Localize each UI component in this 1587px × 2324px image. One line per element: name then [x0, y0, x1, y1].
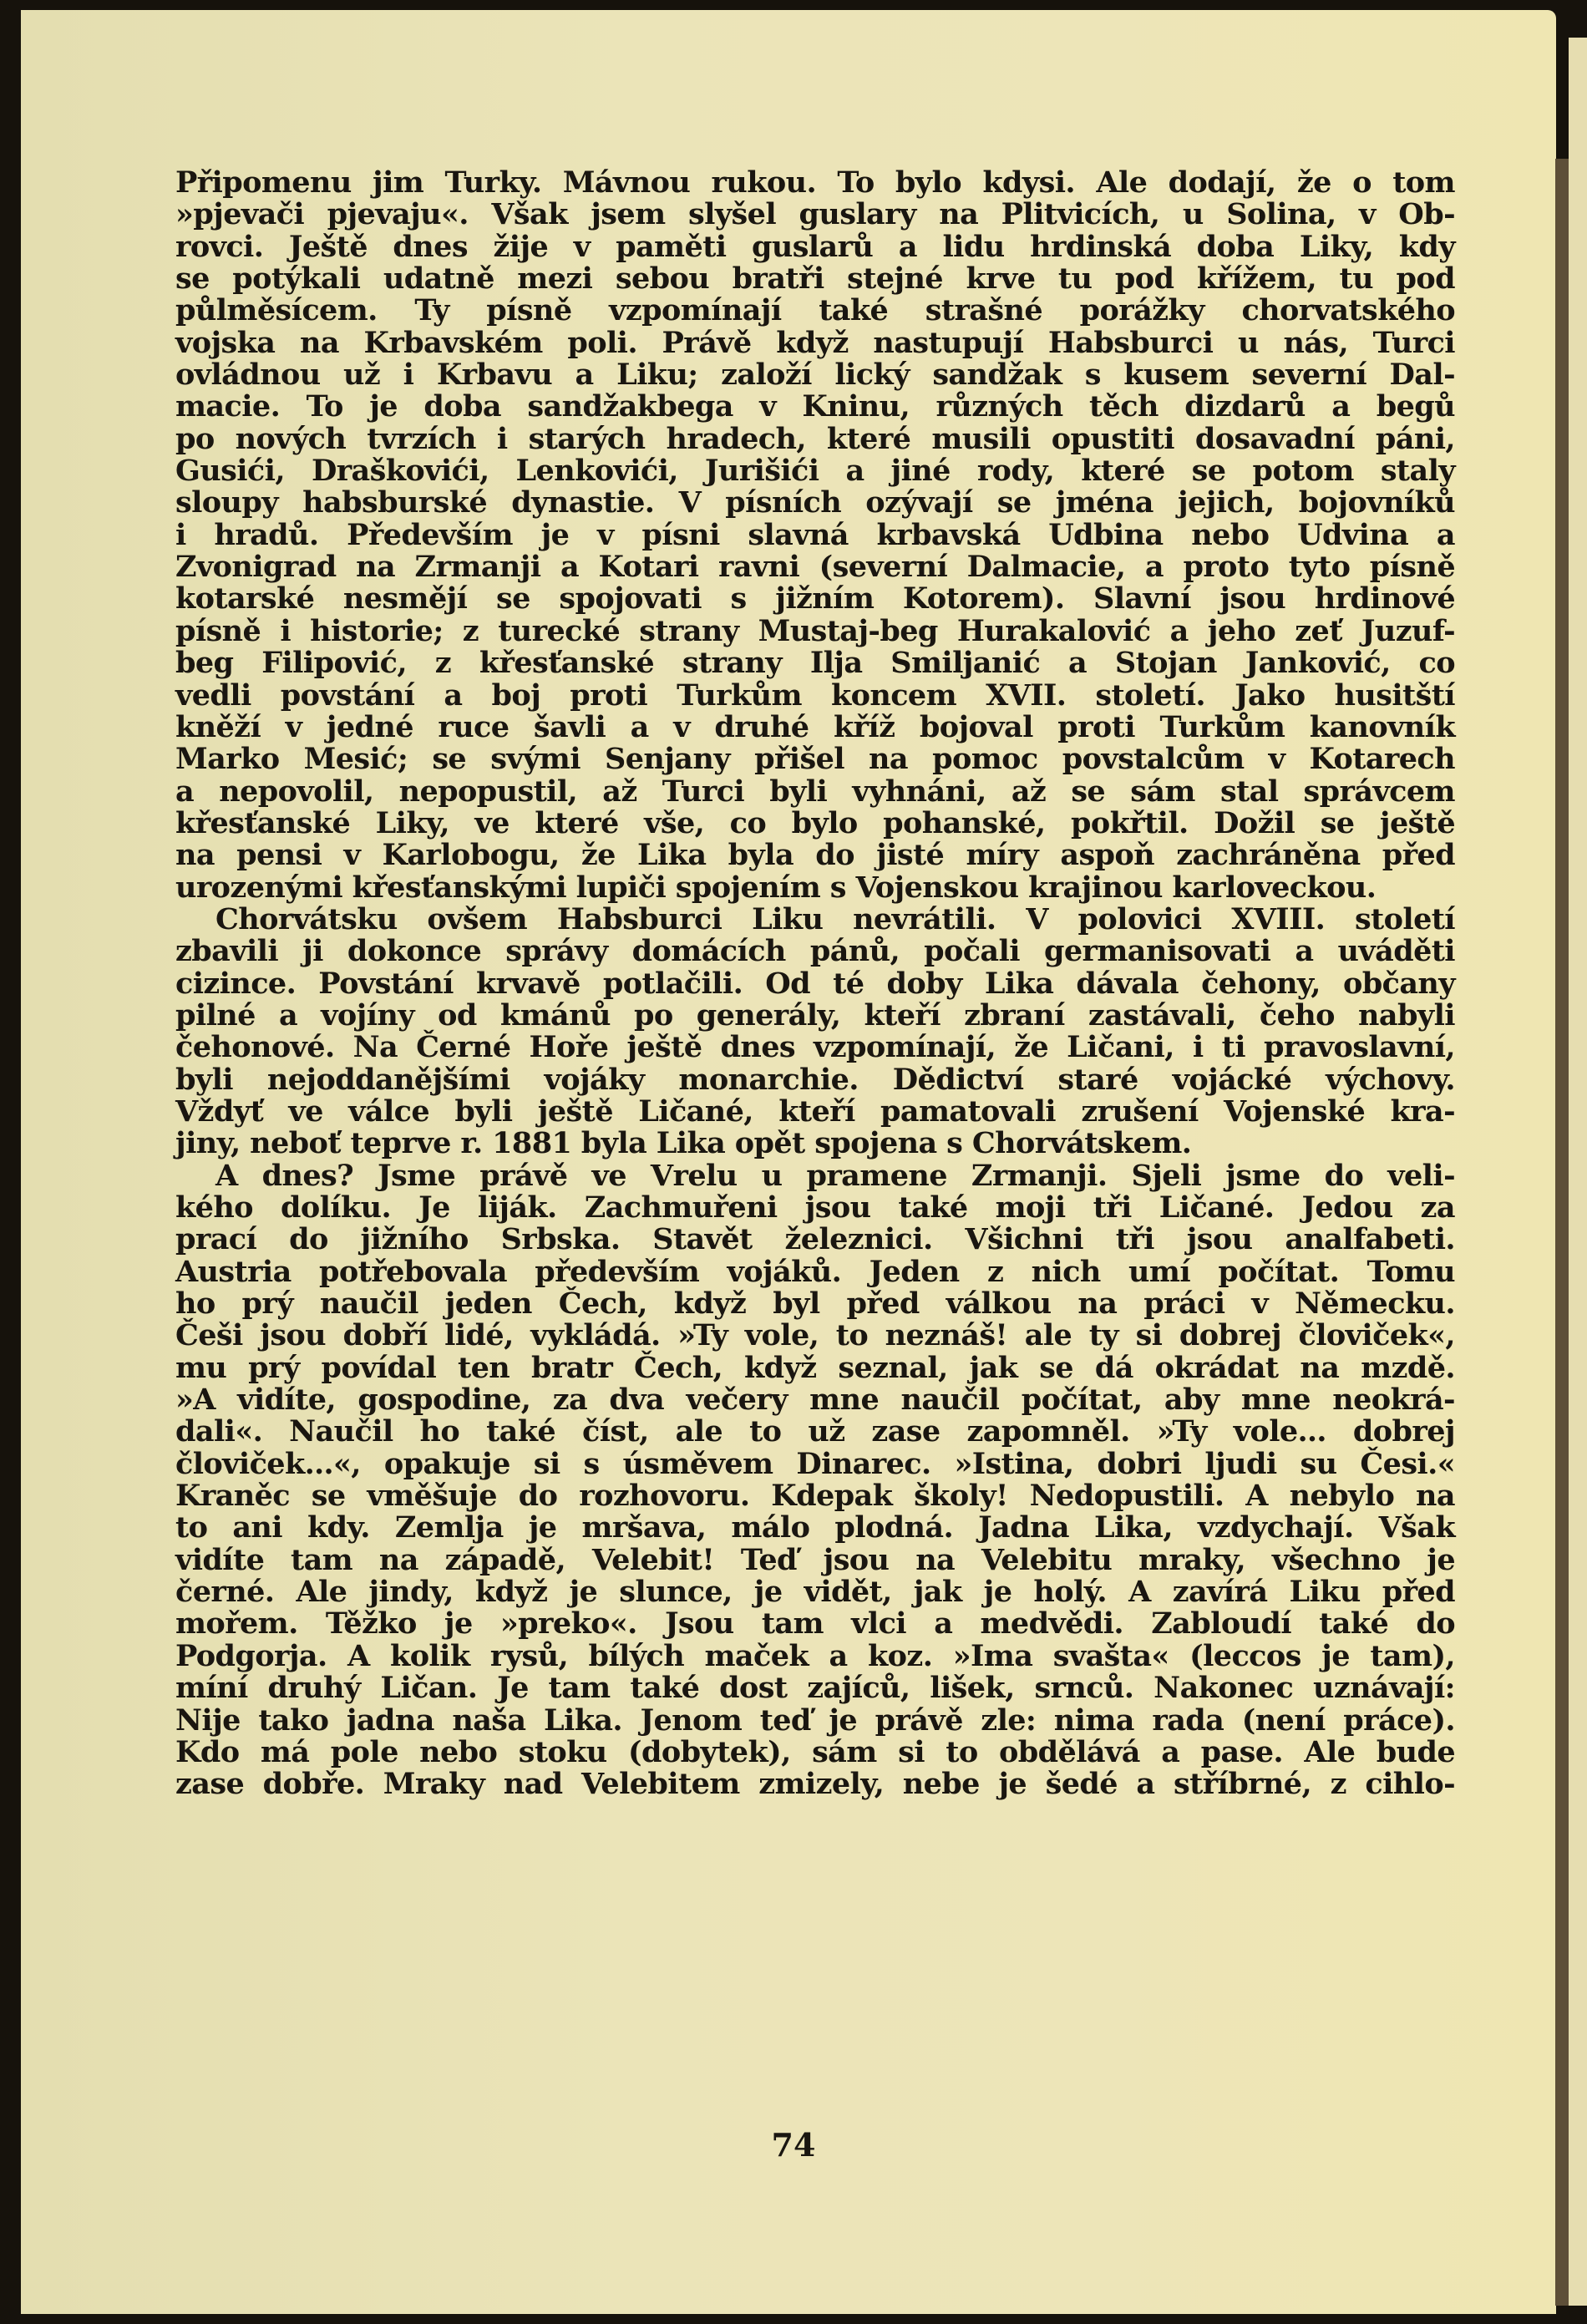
text-line: Gusići, Draškovići, Lenkovići, Jurišići …	[175, 455, 1455, 487]
text-line: po nových tvrzích i starých hradech, kte…	[175, 424, 1455, 455]
text-line: Podgorja. A kolik rysů, bílých maček a k…	[175, 1641, 1455, 1672]
text-line: to ani kdy. Zemlja je mršava, málo plodn…	[175, 1512, 1455, 1544]
text-line: vidíte tam na západě, Velebit! Teď jsou …	[175, 1545, 1455, 1576]
text-line: Vždyť ve válce byli ještě Ličané, kteří …	[175, 1096, 1455, 1128]
text-line: zbavili ji dokonce správy domácích pánů,…	[175, 936, 1455, 967]
text-line: A dnes? Jsme právě ve Vrelu u pramene Zr…	[175, 1160, 1455, 1192]
text-line: Kraněc se vměšuje do rozhovoru. Kdepak š…	[175, 1480, 1455, 1512]
text-line: beg Filipović, z křesťanské strany Ilja …	[175, 647, 1455, 679]
text-line: Marko Mesić; se svými Senjany přišel na …	[175, 743, 1455, 775]
text-line: urozenými křesťanskými lupiči spojením s…	[175, 872, 1455, 904]
text-line: Češi jsou dobří lidé, vykládá. »Ty vole,…	[175, 1320, 1455, 1352]
text-line: černé. Ale jindy, když je slunce, je vid…	[175, 1576, 1455, 1608]
text-line: křesťanské Liky, ve které vše, co bylo p…	[175, 808, 1455, 840]
text-line: i hradů. Především je v písni slavná krb…	[175, 520, 1455, 551]
text-line: pilné a vojíny od kmánů po generály, kte…	[175, 1000, 1455, 1032]
text-line: mořem. Těžko je »preko«. Jsou tam vlci a…	[175, 1608, 1455, 1640]
paragraph: A dnes? Jsme právě ve Vrelu u pramene Zr…	[175, 1160, 1455, 1801]
text-line: človiček…«, opakuje si s úsměvem Dinarec…	[175, 1449, 1455, 1480]
text-line: čehonové. Na Černé Hoře ještě dnes vzpom…	[175, 1032, 1455, 1063]
text-line: kotarské nesmějí se spojovati s jižním K…	[175, 583, 1455, 615]
text-line: Chorvátsku ovšem Habsburci Liku nevrátil…	[175, 904, 1455, 936]
text-line: půlměsícem. Ty písně vzpomínají také str…	[175, 295, 1455, 327]
text-line: »A vidíte, gospodine, za dva večery mne …	[175, 1384, 1455, 1416]
text-line: a nepovolil, nepopustil, až Turci byli v…	[175, 776, 1455, 808]
text-line: písně i historie; z turecké strany Musta…	[175, 616, 1455, 647]
text-line: Zvonigrad na Zrmanji a Kotari ravni (sev…	[175, 551, 1455, 583]
text-line: macie. To je doba sandžakbega v Kninu, r…	[175, 391, 1455, 423]
paragraph: Připomenu jim Turky. Mávnou rukou. To by…	[175, 167, 1455, 904]
text-line: Kdo má pole nebo stoku (dobytek), sám si…	[175, 1737, 1455, 1768]
text-line: Austria potřebovala především vojáků. Je…	[175, 1256, 1455, 1288]
paragraph: Chorvátsku ovšem Habsburci Liku nevrátil…	[175, 904, 1455, 1160]
adjacent-page-edge	[1569, 38, 1587, 2306]
text-line: kněží v jedné ruce šavli a v druhé kříž …	[175, 712, 1455, 743]
text-line: prací do jižního Srbska. Stavět železnic…	[175, 1224, 1455, 1256]
text-line: cizince. Povstání krvavě potlačili. Od t…	[175, 968, 1455, 1000]
text-line: Nije tako jadna naša Lika. Jenom teď je …	[175, 1705, 1455, 1737]
text-line: míní druhý Ličan. Je tam také dost zajíc…	[175, 1672, 1455, 1704]
text-line: dali«. Naučil ho také číst, ale to už za…	[175, 1416, 1455, 1448]
text-line: zase dobře. Mraky nad Velebitem zmizely,…	[175, 1768, 1455, 1800]
text-line: na pensi v Karlobogu, že Lika byla do ji…	[175, 840, 1455, 871]
page-number: 74	[0, 2126, 1587, 2164]
text-line: sloupy habsburské dynastie. V písních oz…	[175, 487, 1455, 519]
text-line: »pjevači pjevaju«. Však jsem slyšel gusl…	[175, 199, 1455, 231]
text-line: ho prý naučil jeden Čech, když byl před …	[175, 1288, 1455, 1320]
text-line: Připomenu jim Turky. Mávnou rukou. To by…	[175, 167, 1455, 199]
text-line: kého dolíku. Je liják. Zachmuřeni jsou t…	[175, 1192, 1455, 1224]
text-line: jiny, neboť teprve r. 1881 byla Lika opě…	[175, 1128, 1455, 1159]
text-line: se potýkali udatně mezi sebou bratři ste…	[175, 263, 1455, 295]
text-line: mu prý povídal ten bratr Čech, když sezn…	[175, 1352, 1455, 1384]
text-line: rovci. Ještě dnes žije v paměti guslarů …	[175, 231, 1455, 263]
text-line: vojska na Krbavském poli. Právě když nas…	[175, 327, 1455, 359]
book-spine-shadow	[1555, 159, 1569, 2306]
text-line: ovládnou už i Krbavu a Liku; založí lick…	[175, 359, 1455, 391]
text-line: byli nejoddanějšími vojáky monarchie. Dě…	[175, 1064, 1455, 1096]
body-text: Připomenu jim Turky. Mávnou rukou. To by…	[175, 167, 1455, 1801]
text-line: vedli povstání a boj proti Turkům koncem…	[175, 680, 1455, 712]
